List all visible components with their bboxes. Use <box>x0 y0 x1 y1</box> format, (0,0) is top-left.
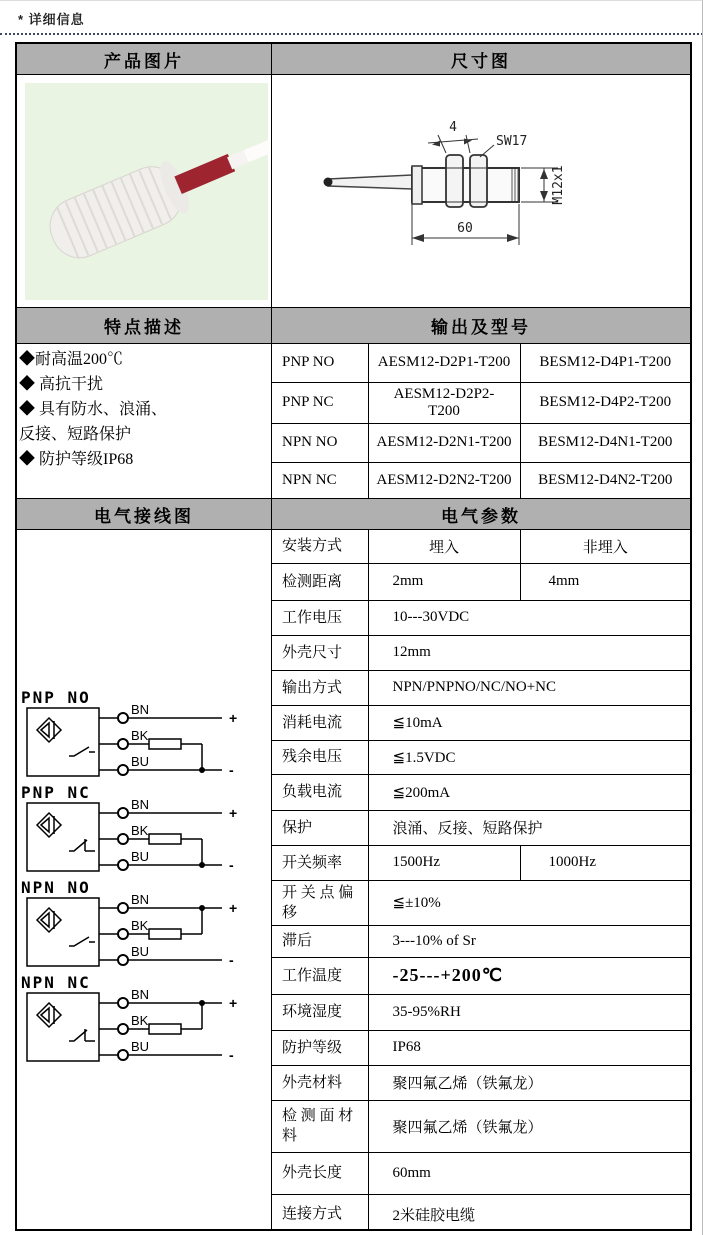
param-value: 1500Hz <box>368 845 520 880</box>
plus-sign: + <box>229 805 237 821</box>
param-label: 防护等级 <box>272 1030 368 1065</box>
param-label: 滞后 <box>272 925 368 957</box>
header-params: 电气参数 <box>272 499 690 530</box>
sensor-box <box>27 993 99 1061</box>
param-label: 残余电压 <box>272 740 368 774</box>
minus-sign: - <box>229 857 234 873</box>
table-row: 工作电压 10---30VDC <box>272 600 690 635</box>
header-wiring: 电气接线图 <box>17 499 272 530</box>
sensor-box <box>27 898 99 966</box>
param-label: 连接方式 <box>272 1194 368 1229</box>
sensor-symbol <box>37 813 61 837</box>
wiring-diagram-npn-no: NPN NO BN BK BU + <box>17 880 267 975</box>
minus-sign: - <box>229 762 234 778</box>
dim-label-length: 60 <box>457 221 473 236</box>
dimension-nut-width <box>428 135 478 153</box>
wiring-diagram-pnp-no: PNP NO BN BK BU + <box>17 690 267 785</box>
param-label: 外壳长度 <box>272 1152 368 1194</box>
model-number: AESM12-D2N2-T200 <box>368 462 520 499</box>
junction-dot <box>199 862 205 868</box>
table-row: 负载电流 ≦200mA <box>272 774 690 810</box>
param-value: NPN/PNPNO/NC/NO+NC <box>368 670 690 705</box>
sensor-symbol <box>37 908 61 932</box>
table-row: 残余电压 ≦1.5VDC <box>272 740 690 774</box>
features-list: ◆耐高温200℃ ◆ 高抗干扰 ◆ 具有防水、浪涌、 反接、短路保护 ◆ 防护等… <box>17 344 271 472</box>
param-value: 4mm <box>520 563 690 600</box>
model-number: BESM12-D4N1-T200 <box>520 423 690 462</box>
param-value: 埋入 <box>368 530 520 563</box>
wire-label-bn: BN <box>131 797 149 812</box>
plus-sign: + <box>229 710 237 726</box>
models-table: PNP NO AESM12-D2P1-T200 BESM12-D4P1-T200… <box>272 344 690 499</box>
header-output-models: 输出及型号 <box>272 308 690 344</box>
wire-label-bu: BU <box>131 849 149 864</box>
model-number: BESM12-D4N2-T200 <box>520 462 690 499</box>
param-value: 10---30VDC <box>368 600 690 635</box>
header-dimension: 尺寸图 <box>272 44 690 75</box>
params-table: 安装方式 埋入 非埋入 检测距离 2mm 4mm 工作电压 10---30VDC… <box>272 530 690 1229</box>
param-value: 60mm <box>368 1152 690 1194</box>
params-cell: 安装方式 埋入 非埋入 检测距离 2mm 4mm 工作电压 10---30VDC… <box>272 530 690 1229</box>
wire-label-bn: BN <box>131 987 149 1002</box>
switch-nc <box>69 839 95 851</box>
param-value: 浪涌、反接、短路保护 <box>368 810 690 845</box>
junction-dot <box>199 767 205 773</box>
load-resistor <box>149 1024 181 1034</box>
param-label: 消耗电流 <box>272 705 368 740</box>
sensor-box <box>27 708 99 776</box>
table-row: 消耗电流 ≦10mA <box>272 705 690 740</box>
sensor-symbol <box>37 1003 61 1027</box>
param-value: 2mm <box>368 563 520 600</box>
table-row: PNP NC AESM12-D2P2- T200 BESM12-D4P2-T20… <box>272 382 690 423</box>
dim-label-nut-width: 4 <box>449 120 457 135</box>
wiring-cell: PNP NO BN BK BU + <box>17 530 272 1229</box>
models-cell: PNP NO AESM12-D2P1-T200 BESM12-D4P1-T200… <box>272 344 690 499</box>
param-label: 外壳材料 <box>272 1065 368 1100</box>
param-value: 非埋入 <box>520 530 690 563</box>
param-value: 1000Hz <box>520 845 690 880</box>
output-type: NPN NC <box>272 462 368 499</box>
table-row: 检 测 面 材 料 聚四氟乙烯（铁氟龙） <box>272 1100 690 1152</box>
minus-sign: - <box>229 1047 234 1063</box>
param-label: 负载电流 <box>272 774 368 810</box>
features-cell: ◆耐高温200℃ ◆ 高抗干扰 ◆ 具有防水、浪涌、 反接、短路保护 ◆ 防护等… <box>17 344 272 499</box>
table-row: 连接方式 2米硅胶电缆 <box>272 1194 690 1229</box>
table-row: PNP NO AESM12-D2P1-T200 BESM12-D4P1-T200 <box>272 344 690 382</box>
model-number: AESM12-D2P2- T200 <box>368 382 520 423</box>
param-value: -25---+200℃ <box>368 957 690 994</box>
wiring-diagrams: PNP NO BN BK BU + <box>17 690 271 1070</box>
param-label: 开 关 点 偏 移 <box>272 880 368 925</box>
wiring-title: PNP NC <box>21 785 91 802</box>
header-product-image: 产品图片 <box>17 44 272 75</box>
cable <box>328 175 412 189</box>
switch-no <box>69 937 95 946</box>
table-row: 开 关 点 偏 移 ≦±10% <box>272 880 690 925</box>
param-label: 外壳尺寸 <box>272 635 368 670</box>
table-row: NPN NC AESM12-D2N2-T200 BESM12-D4N2-T200 <box>272 462 690 499</box>
page-title: * 详细信息 <box>18 9 85 28</box>
wire-label-bk: BK <box>131 728 149 743</box>
sensor-symbol <box>37 718 61 742</box>
param-label: 保护 <box>272 810 368 845</box>
table-row: 输出方式 NPN/PNPNO/NC/NO+NC <box>272 670 690 705</box>
table-row: 外壳长度 60mm <box>272 1152 690 1194</box>
table-row: 安装方式 埋入 非埋入 <box>272 530 690 563</box>
model-number: BESM12-D4P2-T200 <box>520 382 690 423</box>
param-value: 3---10% of Sr <box>368 925 690 957</box>
wiring-diagram-npn-nc: NPN NC BN BK BU + <box>17 975 267 1070</box>
param-value: IP68 <box>368 1030 690 1065</box>
sensor-box <box>27 803 99 871</box>
header-features: 特点描述 <box>17 308 272 344</box>
table-row: 滞后 3---10% of Sr <box>272 925 690 957</box>
wire-label-bu: BU <box>131 754 149 769</box>
junction-dot <box>199 905 205 911</box>
junction-dot <box>199 1000 205 1006</box>
param-label: 工作电压 <box>272 600 368 635</box>
param-label: 环境湿度 <box>272 994 368 1030</box>
wiring-title: PNP NO <box>21 690 91 707</box>
product-photo-cell <box>17 75 272 308</box>
wire-label-bk: BK <box>131 823 149 838</box>
table-row: 工作温度 -25---+200℃ <box>272 957 690 994</box>
wire-label-bk: BK <box>131 1013 149 1028</box>
table-row: 保护 浪涌、反接、短路保护 <box>272 810 690 845</box>
param-label: 输出方式 <box>272 670 368 705</box>
param-value: ≦10mA <box>368 705 690 740</box>
switch-no <box>69 747 95 756</box>
product-photo <box>17 75 270 306</box>
plus-sign: + <box>229 995 237 1011</box>
dimension-drawing-cell: 4 SW17 M12x1 60 <box>272 75 690 308</box>
param-label: 检测距离 <box>272 563 368 600</box>
wire-label-bk: BK <box>131 918 149 933</box>
load-resistor <box>149 834 181 844</box>
param-value: 2米硅胶电缆 <box>368 1194 690 1229</box>
wire-label-bn: BN <box>131 702 149 717</box>
wire-label-bu: BU <box>131 944 149 959</box>
output-type: PNP NO <box>272 344 368 382</box>
dim-label-thread: M12x1 <box>551 165 566 204</box>
table-row: 开关频率 1500Hz 1000Hz <box>272 845 690 880</box>
param-label: 工作温度 <box>272 957 368 994</box>
wiring-diagram-pnp-nc: PNP NC BN BK BU + <box>17 785 267 880</box>
wiring-title: NPN NC <box>21 975 91 992</box>
wire-label-bu: BU <box>131 1039 149 1054</box>
param-value: 聚四氟乙烯（铁氟龙） <box>368 1100 690 1152</box>
param-value: 12mm <box>368 635 690 670</box>
param-label: 检 测 面 材 料 <box>272 1100 368 1152</box>
table-row: 防护等级 IP68 <box>272 1030 690 1065</box>
minus-sign: - <box>229 952 234 968</box>
spec-table: 产品图片 尺寸图 <box>15 42 692 1231</box>
model-number: AESM12-D2P1-T200 <box>368 344 520 382</box>
output-type: NPN NO <box>272 423 368 462</box>
plus-sign: + <box>229 900 237 916</box>
wiring-title: NPN NO <box>21 880 91 897</box>
model-number: BESM12-D4P1-T200 <box>520 344 690 382</box>
dim-label-wrench: SW17 <box>496 134 527 149</box>
switch-nc <box>69 1029 95 1041</box>
param-value: 聚四氟乙烯（铁氟龙） <box>368 1065 690 1100</box>
table-row: 检测距离 2mm 4mm <box>272 563 690 600</box>
param-value: 35-95%RH <box>368 994 690 1030</box>
wire-label-bn: BN <box>131 892 149 907</box>
param-label: 安装方式 <box>272 530 368 563</box>
load-resistor <box>149 739 181 749</box>
dotted-separator <box>0 33 703 35</box>
table-row: 外壳材料 聚四氟乙烯（铁氟龙） <box>272 1065 690 1100</box>
param-value: ≦±10% <box>368 880 690 925</box>
table-row: 环境湿度 35-95%RH <box>272 994 690 1030</box>
load-resistor <box>149 929 181 939</box>
output-type: PNP NC <box>272 382 368 423</box>
param-label: 开关频率 <box>272 845 368 880</box>
table-row: NPN NO AESM12-D2N1-T200 BESM12-D4N1-T200 <box>272 423 690 462</box>
param-value: ≦1.5VDC <box>368 740 690 774</box>
param-value: ≦200mA <box>368 774 690 810</box>
table-row: 外壳尺寸 12mm <box>272 635 690 670</box>
sensor-body <box>412 168 519 202</box>
model-number: AESM12-D2N1-T200 <box>368 423 520 462</box>
dimension-drawing: 4 SW17 M12x1 60 <box>272 75 690 308</box>
